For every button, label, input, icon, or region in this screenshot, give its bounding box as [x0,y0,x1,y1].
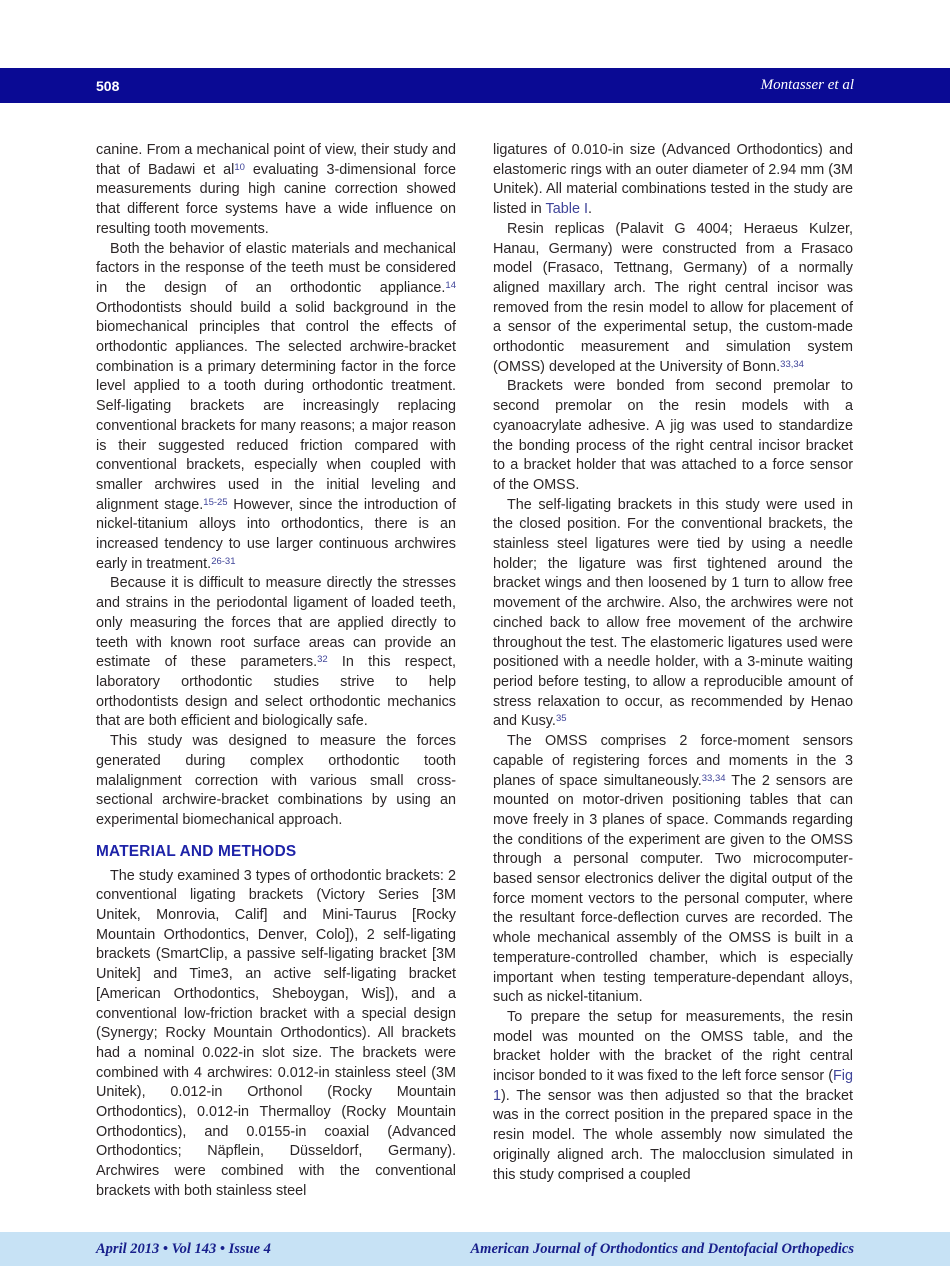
text-run: . [588,201,592,217]
cross-reference-link[interactable]: Table I [546,201,588,217]
journal-name: American Journal of Orthodontics and Den… [471,1241,854,1258]
text-run: The self-ligating brackets in this study… [493,497,853,730]
right-column: ligatures of 0.010-in size (Advanced Ort… [493,141,853,1226]
citation-reference[interactable]: 35 [556,713,567,724]
citation-reference[interactable]: 32 [317,654,328,665]
citation-reference[interactable]: 33,34 [780,359,804,370]
journal-page: 508 Montasser et al canine. From a mecha… [0,0,950,1272]
text-run: The study examined 3 types of orthodonti… [96,868,456,1199]
paragraph: The study examined 3 types of orthodonti… [96,867,456,1202]
page-number: 508 [96,78,119,94]
text-run: This study was designed to measure the f… [96,733,456,828]
citation-reference[interactable]: 33,34 [702,773,726,784]
paragraph: The OMSS comprises 2 force-moment sensor… [493,732,853,1008]
paragraph: ligatures of 0.010-in size (Advanced Ort… [493,141,853,220]
text-run: To prepare the setup for measurements, t… [493,1009,853,1084]
paragraph: To prepare the setup for measurements, t… [493,1008,853,1185]
citation-reference[interactable]: 10 [234,162,245,173]
text-run: Brackets were bonded from second premola… [493,378,853,493]
citation-reference[interactable]: 26-31 [211,556,235,567]
paragraph: This study was designed to measure the f… [96,732,456,831]
text-run: MATERIAL AND METHODS [96,843,296,860]
text-run: Resin replicas (Palavit G 4004; Heraeus … [493,221,853,375]
text-run: Both the behavior of elastic materials a… [96,241,456,296]
article-body: canine. From a mechanical point of view,… [96,141,854,1226]
running-head-author: Montasser et al [761,77,854,94]
page-header-bar: 508 Montasser et al [0,68,950,103]
paragraph: canine. From a mechanical point of view,… [96,141,456,240]
text-run: Orthodontists should build a solid backg… [96,300,456,513]
paragraph: Brackets were bonded from second premola… [493,377,853,495]
paragraph: The self-ligating brackets in this study… [493,496,853,732]
section-heading: MATERIAL AND METHODS [96,842,456,861]
paragraph: Because it is difficult to measure direc… [96,574,456,732]
paragraph: Resin replicas (Palavit G 4004; Heraeus … [493,220,853,378]
issue-info: April 2013 • Vol 143 • Issue 4 [96,1241,271,1258]
left-column: canine. From a mechanical point of view,… [96,141,456,1226]
page-footer-bar: April 2013 • Vol 143 • Issue 4 American … [0,1232,950,1266]
paragraph: Both the behavior of elastic materials a… [96,240,456,575]
text-run: ). The sensor was then adjusted so that … [493,1088,853,1183]
citation-reference[interactable]: 14 [445,280,456,291]
text-run: The 2 sensors are mounted on motor-drive… [493,773,853,1006]
citation-reference[interactable]: 15-25 [203,497,227,508]
